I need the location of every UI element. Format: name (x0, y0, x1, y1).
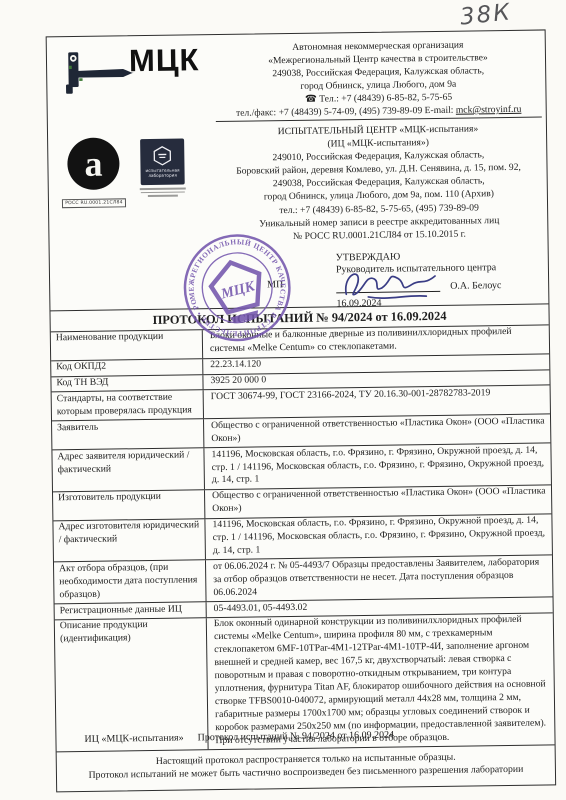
badge-caption-microtext (140, 187, 186, 196)
org-header: МЦК Автономная некоммерческая организаци… (47, 30, 546, 124)
lab-badge-icon: испытательная лаборатория (140, 138, 185, 185)
row-value: 141196, Московская область, г.о. Фрязино… (205, 514, 552, 560)
row-label: Акт отбора образцов, (при необходимости … (54, 561, 207, 604)
protocol-table: Наименование продукцииБлоки оконные и ба… (51, 324, 555, 751)
caliper-icon (59, 46, 136, 104)
row-label: Изготовитель продукции (53, 490, 205, 520)
approver-name: О.А. Белоус (450, 280, 501, 293)
test-center-section: а РОСС RU.0001.21СЛ84 (48, 117, 548, 248)
row-label: Код ОКПД2 (51, 359, 203, 376)
mzk-logo-text: МЦК (129, 45, 200, 76)
accreditation-number-caption: РОСС RU.0001.21СЛ84 (62, 198, 126, 208)
row-label: Регистрационные данные ИЦ (55, 602, 207, 619)
accreditation-marks: а РОСС RU.0001.21СЛ84 (48, 122, 218, 248)
row-label: Адрес изготовителя юридический / фактиче… (53, 519, 206, 562)
row-value: Общество с ограниченной ответственностью… (204, 415, 550, 448)
note-box: Настоящий протокол распространяется толь… (57, 744, 556, 791)
signature-ink (338, 263, 443, 309)
table-row: Адрес заявителя юридический / фактически… (52, 442, 551, 491)
approval-block: УТВЕРЖДАЮ Руководитель испытательного це… (336, 249, 542, 310)
svg-text:а: а (84, 144, 103, 184)
row-label: Описание продукции (идентификация) (55, 618, 209, 751)
table-row: Адрес изготовителя юридический / фактиче… (53, 513, 552, 562)
scanned-document-page: 38К (0, 0, 566, 800)
row-label: Наименование продукции (51, 330, 203, 360)
lab-badge-label: испытательная лаборатория (142, 168, 182, 179)
mzk-logo: МЦК (47, 35, 216, 124)
row-label: Заявитель (52, 420, 204, 450)
row-label: Код ТН ВЭД (51, 375, 203, 392)
document-frame: МЦК Автономная некоммерческая организаци… (46, 29, 557, 792)
row-label: Стандарты, на соответствие которым прове… (52, 391, 204, 421)
rosaccreditation-icon: а (65, 135, 122, 197)
row-value: от 06.06.2024 г. № 05-4493/7 Образцы пре… (206, 556, 553, 602)
row-value: ГОСТ 30674-99, ГОСТ 23166-2024, ТУ 20.16… (204, 386, 550, 419)
approval-section: МЕЖРЕГИОНАЛЬНЫЙ ЦЕНТР КАЧЕСТВА В СТРОИТЕ… (50, 241, 549, 310)
row-label: Адрес заявителя юридический / фактически… (52, 448, 205, 491)
org-info: Автономная некоммерческая организация «М… (215, 30, 546, 122)
row-value: Общество с ограниченной ответственностью… (205, 485, 551, 518)
table-row: Акт отбора образцов, (при необходимости … (54, 555, 553, 604)
stamp-center-text: МЦК (218, 278, 257, 303)
row-value: 141196, Московская область, г.о. Фрязино… (204, 443, 551, 489)
footer-center-name: ИЦ «МЦК-испытания» (84, 733, 183, 745)
email-link[interactable]: mck@stroyinf.ru (456, 104, 522, 116)
